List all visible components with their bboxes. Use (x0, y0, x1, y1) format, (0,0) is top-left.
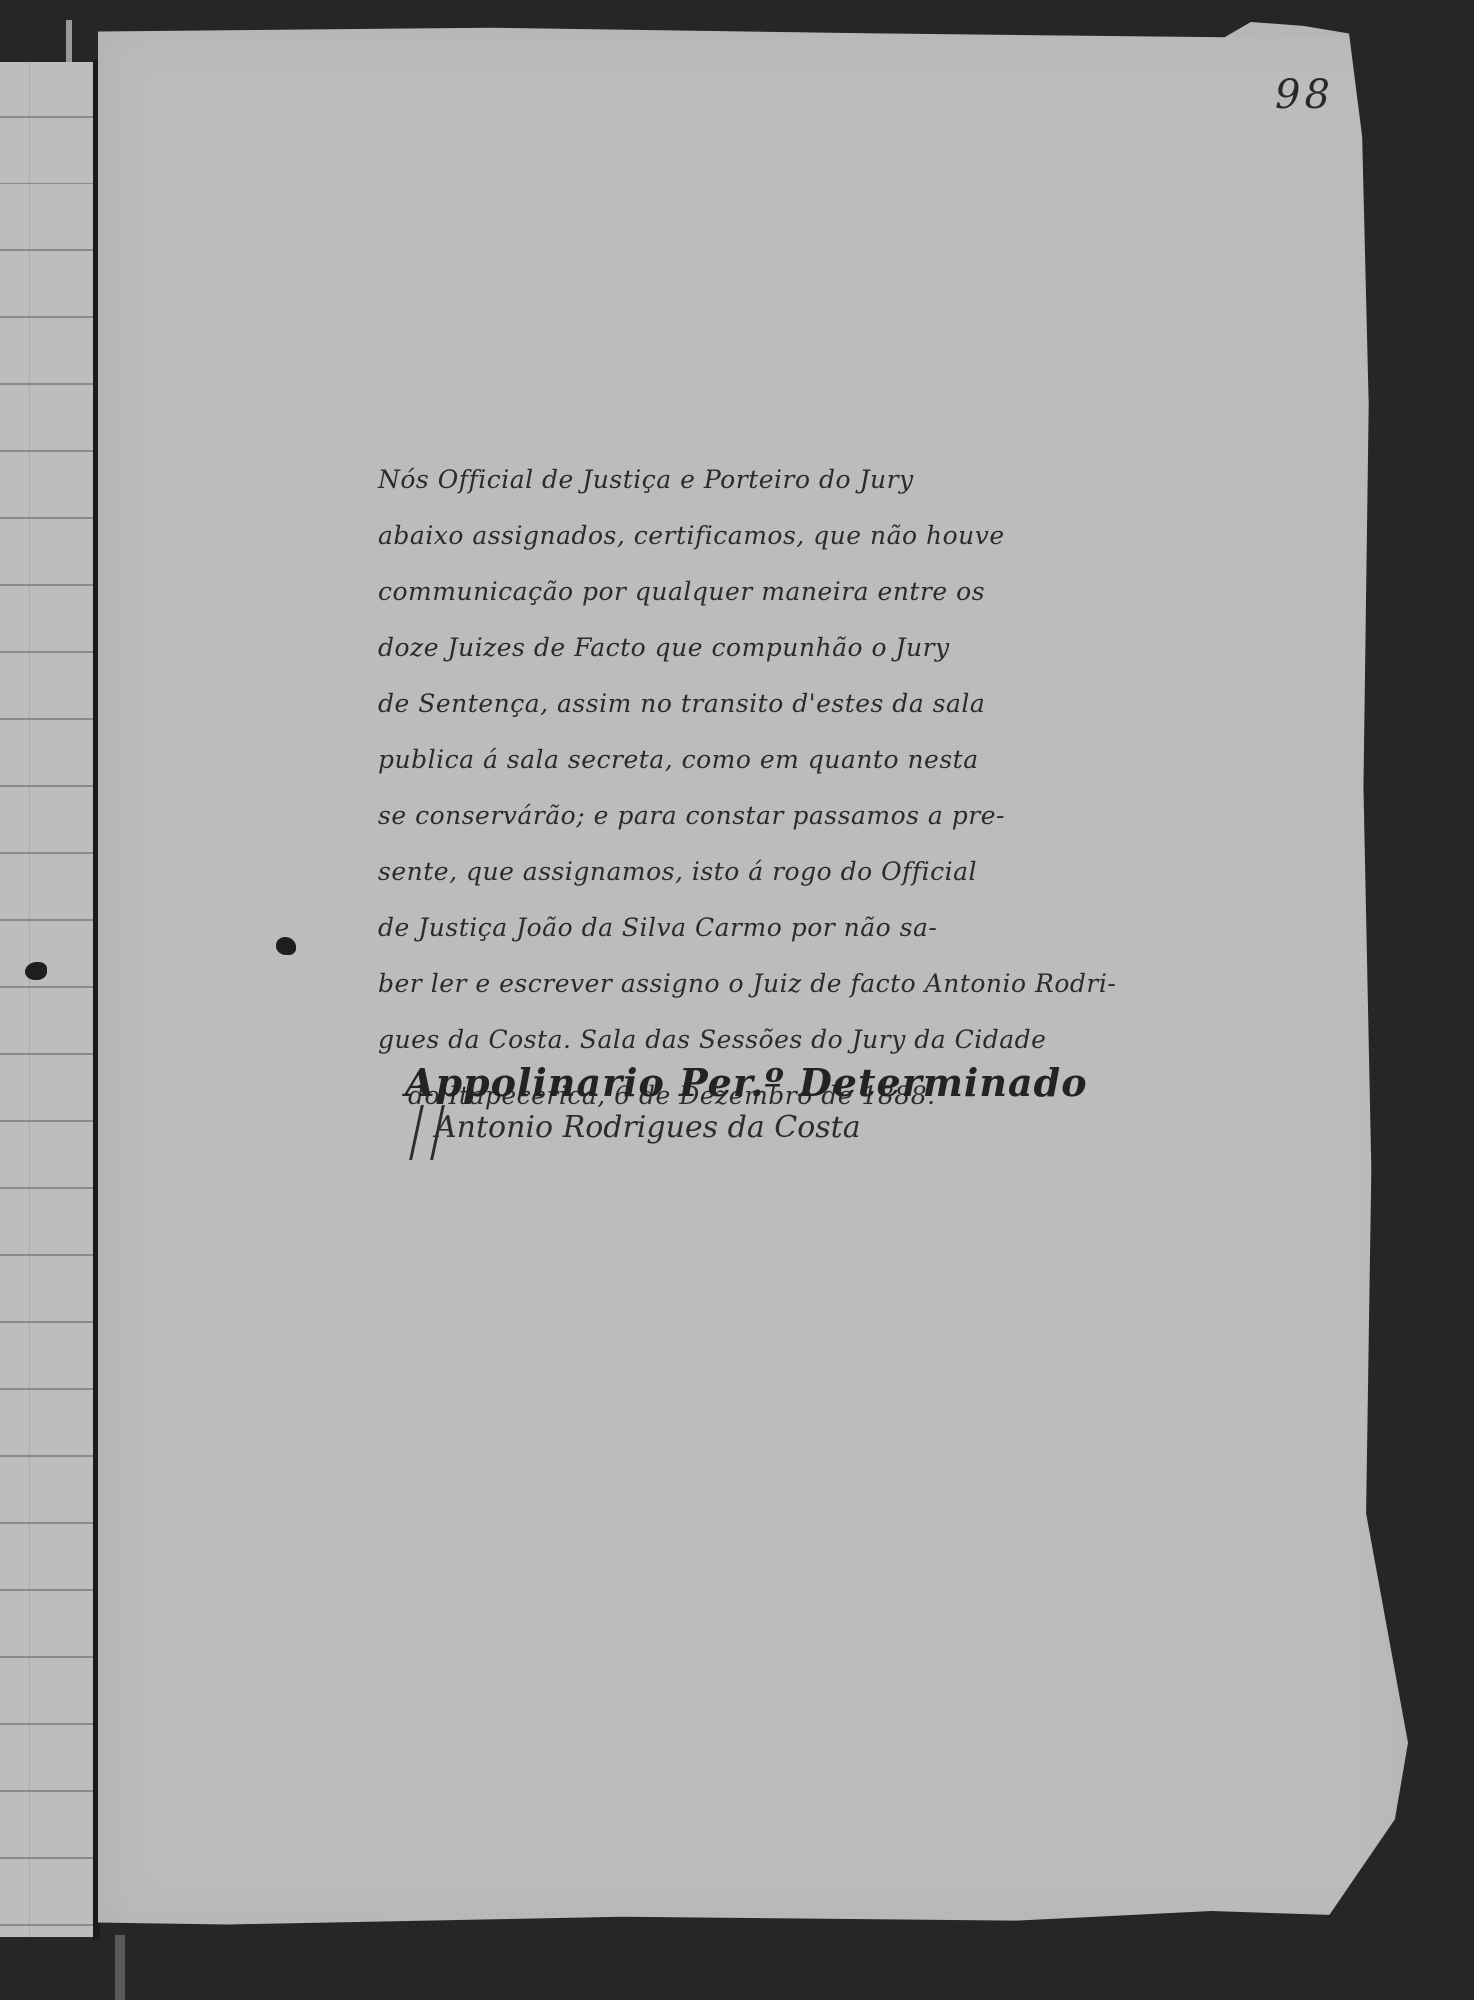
left-page-margin-line (29, 62, 30, 1937)
binding-tab-top (66, 20, 72, 62)
binding-tab-bottom (115, 1935, 125, 2000)
ink-blot (25, 962, 47, 980)
page-number: 98 (1275, 72, 1334, 118)
signature-appolinario: Appolinario Per.º Determinado (405, 1060, 1088, 1105)
text-line: sente, que assignamos, isto á rogo do Of… (378, 844, 1218, 900)
text-line: de Justiça João da Silva Carmo por não s… (378, 900, 1218, 956)
text-line: de Sentença, assim no transito d'estes d… (378, 676, 1218, 732)
text-line: abaixo assignados, certificamos, que não… (378, 508, 1218, 564)
left-ruled-page (0, 62, 95, 1937)
page-hole (1364, 22, 1370, 28)
certificate-text: Nós Official de Justiça e Porteiro do Ju… (378, 452, 1218, 1124)
text-line: Nós Official de Justiça e Porteiro do Ju… (378, 452, 1218, 508)
signature-antonio: Antonio Rodrigues da Costa (435, 1110, 861, 1145)
text-line: doze Juizes de Facto que compunhão o Jur… (378, 620, 1218, 676)
text-line: se conservárão; e para constar passamos … (378, 788, 1218, 844)
ink-blot (276, 937, 296, 955)
text-line: communicação por qualquer maneira entre … (378, 564, 1218, 620)
text-line: publica á sala secreta, como em quanto n… (378, 732, 1218, 788)
text-line: ber ler e escrever assigno o Juiz de fac… (378, 956, 1218, 1012)
